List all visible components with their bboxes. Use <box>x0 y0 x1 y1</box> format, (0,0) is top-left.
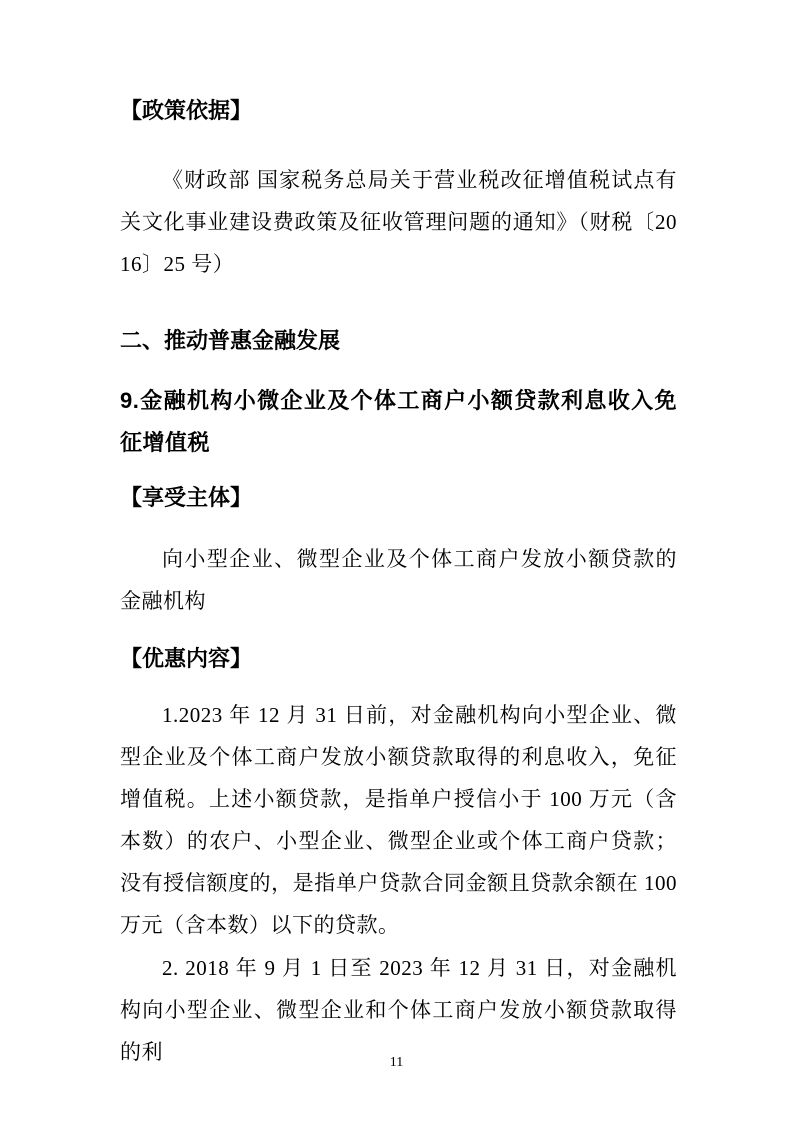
document-content: 【政策依据】 《财政部 国家税务总局关于营业税改征增值税试点有关文化事业建设费政… <box>0 0 793 1073</box>
page-number: 11 <box>0 1055 793 1071</box>
section-heading: 二、推动普惠金融发展 <box>120 327 677 355</box>
policy-basis-paragraph: 《财政部 国家税务总局关于营业税改征增值税试点有关文化事业建设费政策及征收管理问… <box>120 159 677 285</box>
document-page: 【政策依据】 《财政部 国家税务总局关于营业税改征增值税试点有关文化事业建设费政… <box>0 0 793 1122</box>
policy-basis-heading: 【政策依据】 <box>120 97 677 125</box>
beneficiary-heading: 【享受主体】 <box>120 484 677 512</box>
preferential-paragraph-1: 1.2023 年 12 月 31 日前，对金融机构向小型企业、微型企业及个体工商… <box>120 694 677 946</box>
beneficiary-paragraph: 向小型企业、微型企业及个体工商户发放小额贷款的金融机构 <box>120 538 677 622</box>
preferential-content-heading: 【优惠内容】 <box>120 645 677 673</box>
item-9-heading: 9.金融机构小微企业及个体工商户小额贷款利息收入免征增值税 <box>120 380 677 464</box>
